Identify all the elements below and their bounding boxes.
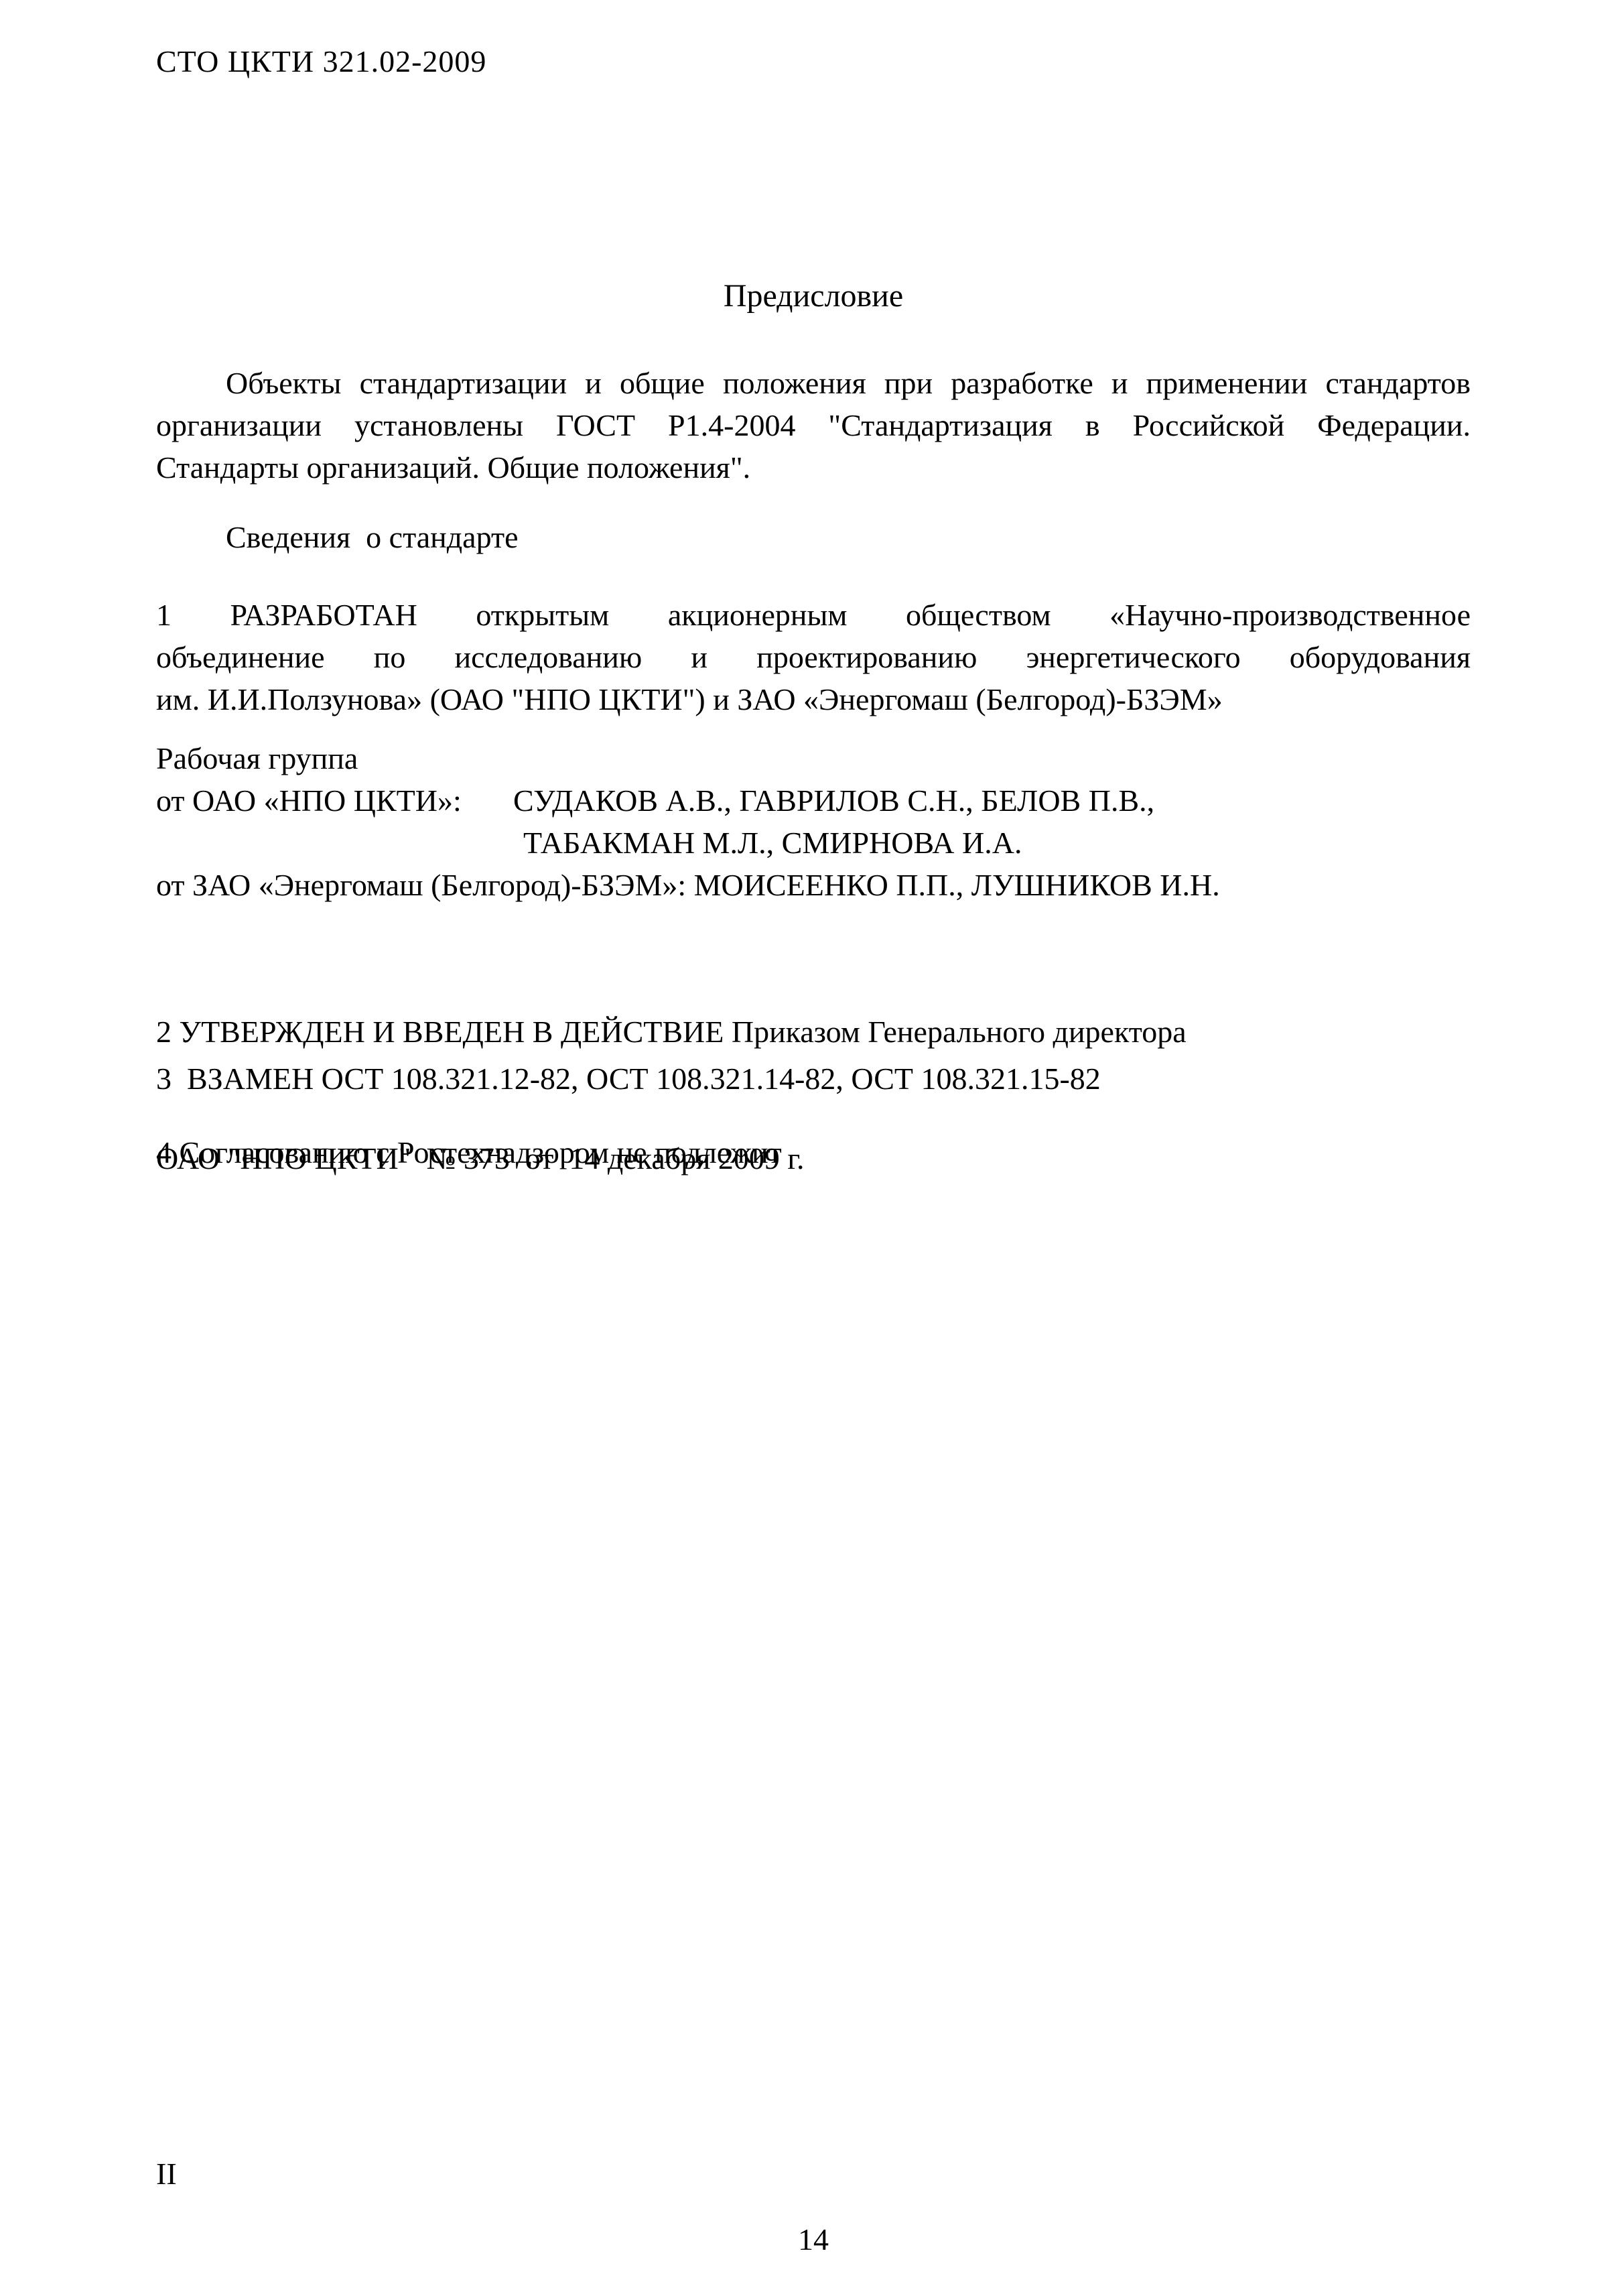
item-1-line: им. И.И.Ползунова» (ОАО "НПО ЦКТИ") и ЗА…	[156, 678, 1471, 720]
page-number: 14	[156, 2218, 1471, 2260]
working-group-cktu-names-2: ТАБАКМАН М.Л., СМИРНОВА И.А.	[156, 822, 1471, 864]
working-group-bzem-line: от ЗАО «Энергомаш (Белгород)-БЗЭМ»: МОИС…	[156, 864, 1471, 906]
standard-designation-header: СТО ЦКТИ 321.02-2009	[156, 40, 486, 82]
sheet-roman-numeral: II	[156, 2153, 177, 2195]
item-1-line: объединение по исследованию и проектиров…	[156, 636, 1471, 678]
working-group-cktu-label: от ОАО «НПО ЦКТИ»:	[156, 779, 513, 822]
working-group-title: Рабочая группа	[156, 737, 1471, 779]
foreword-title: Предисловие	[156, 275, 1471, 317]
working-group-cktu-names-1: СУДАКОВ А.В., ГАВРИЛОВ С.Н., БЕЛОВ П.В.,	[513, 783, 1154, 818]
intro-line: организации установлены ГОСТ Р1.4-2004 "…	[156, 404, 1471, 446]
working-group-cktu-line: от ОАО «НПО ЦКТИ»:СУДАКОВ А.В., ГАВРИЛОВ…	[156, 779, 1471, 822]
item-1-line: 1 РАЗРАБОТАН открытым акционерным общест…	[156, 594, 1471, 636]
document-page: СТО ЦКТИ 321.02-2009 Предисловие Объекты…	[0, 0, 1622, 2296]
item-1-developed-by: 1 РАЗРАБОТАН открытым акционерным общест…	[156, 594, 1471, 720]
working-group-block: Рабочая группа от ОАО «НПО ЦКТИ»:СУДАКОВ…	[156, 737, 1471, 906]
intro-line: Стандарты организаций. Общие положения".	[156, 446, 1471, 489]
item-2-line: 2 УТВЕРЖДЕН И ВВЕДЕН В ДЕЙСТВИЕ Приказом…	[156, 1011, 1471, 1053]
intro-line: Объекты стандартизации и общие положения…	[156, 362, 1471, 404]
item-3-replaces: 3 ВЗАМЕН ОСТ 108.321.12-82, ОСТ 108.321.…	[156, 1058, 1471, 1100]
standard-info-heading: Сведения о стандарте	[156, 516, 519, 558]
intro-paragraph: Объекты стандартизации и общие положения…	[156, 362, 1471, 489]
item-4-approval-note: 4 Согласованию с Ростехнадзором не подле…	[156, 1131, 1471, 1173]
